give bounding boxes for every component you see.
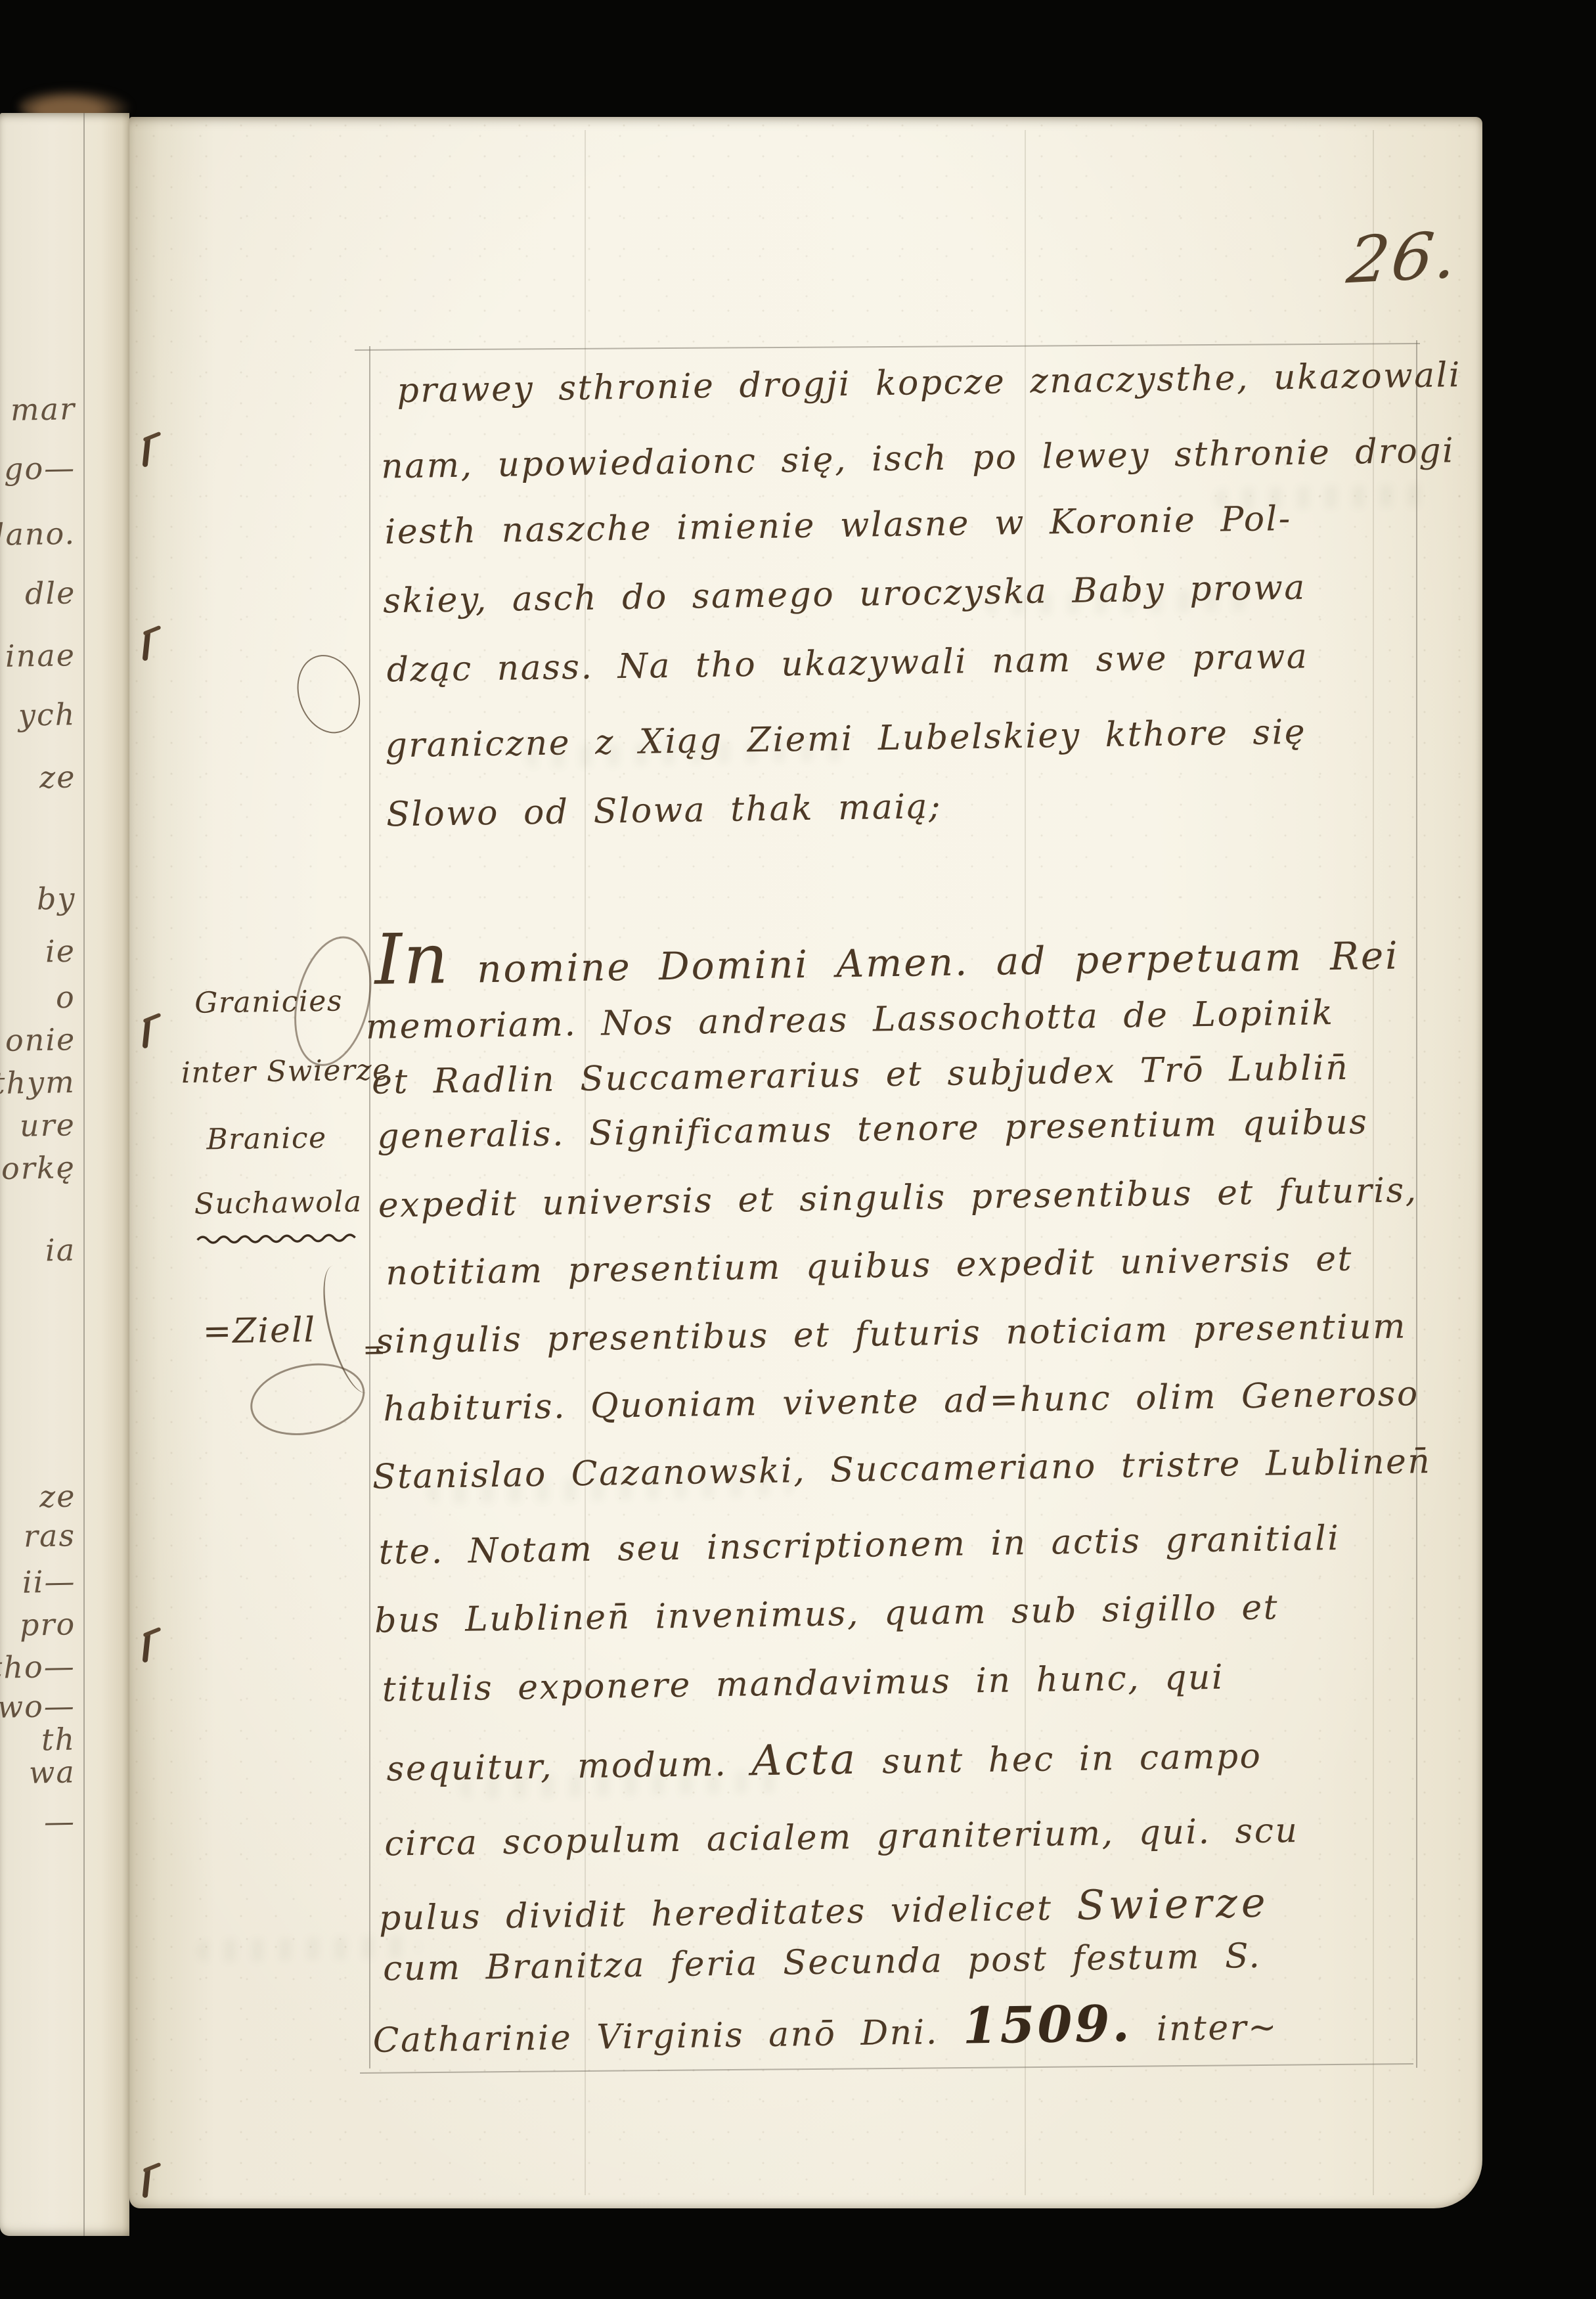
- page-edge-fragment: ras: [24, 1520, 76, 1551]
- manuscript-line: generalis. Significamus tenore presentiu…: [377, 1105, 1369, 1153]
- manuscript-line: cum Branitza feria Secunda post festum S…: [383, 1939, 1262, 1986]
- page-edge-fragment: dano.: [0, 518, 76, 550]
- page-edge-fragment: ie: [45, 936, 76, 967]
- page-edge-fragment: ze: [39, 762, 76, 793]
- suchawola-underline: [196, 1232, 364, 1245]
- manuscript-line: circa scopulum acialem graniterium, qui.…: [384, 1814, 1299, 1862]
- line-text: Catharinie Virginis anō Dni.: [372, 2013, 963, 2061]
- page-edge-fragment: ure: [20, 1109, 76, 1140]
- marginalia-line: Suchawola: [194, 1188, 363, 1219]
- manuscript-line: sequitur, modum. Acta sunt hec in campo: [386, 1733, 1262, 1788]
- line-text: sunt hec in campo: [858, 1737, 1262, 1782]
- page-edge-fragment: pro: [19, 1609, 76, 1640]
- pen-flourish: [287, 646, 370, 742]
- manuscript-line: Stanislao Cazanowski, Succameriano trist…: [372, 1444, 1432, 1494]
- page-edge-fragment: onie: [5, 1024, 76, 1056]
- manuscript-line: et Radlin Succamerarius et subjudex Trō …: [372, 1051, 1350, 1100]
- line-text: pulus dividit hereditates videlicet: [379, 1888, 1077, 1938]
- drop-cap: In: [374, 918, 450, 1000]
- page-edge-fragment: inae: [5, 640, 76, 671]
- manuscript-line: bus Lublinen̄ invenimus, quam sub sigill…: [374, 1590, 1279, 1638]
- manuscript-line: pulus dividit hereditates videlicet Swie…: [378, 1883, 1269, 1936]
- acta-word: Acta: [751, 1735, 858, 1785]
- page-edge-fragment: wa: [29, 1756, 76, 1787]
- page-edge-fragment: th: [41, 1724, 76, 1755]
- manuscript-line: titulis exponere mandavimus in hunc, qui: [382, 1661, 1224, 1707]
- manuscript-page: 26. prawey sthronie drogji kopcze znaczy…: [129, 117, 1482, 2208]
- manuscript-line: Catharinie Virginis anō Dni. 1509. inter…: [372, 1996, 1278, 2059]
- page-edge-fragment: ia: [45, 1235, 76, 1266]
- page-edge-fragment: orkę: [1, 1152, 76, 1184]
- page-edge-fragment: thym: [0, 1067, 76, 1098]
- pen-flourish: [282, 929, 384, 1074]
- page-edge-fragment: mar: [11, 393, 76, 425]
- margin-mark-ziell: =Ziell: [202, 1313, 316, 1349]
- manuscript-line: notitiam presentium quibus expedit unive…: [386, 1242, 1353, 1291]
- manuscript-line: In nomine Domini Amen. ad perpetuam Rei: [374, 927, 1400, 990]
- page-edge-fragment: o: [56, 982, 76, 1013]
- swierze-word: Swierze: [1076, 1879, 1270, 1929]
- manuscript-line: singulis presentibus et futuris noticiam…: [376, 1309, 1408, 1358]
- page-edge-fragment: ktho—: [0, 1651, 76, 1684]
- facing-page-edge: mar go— dano. dle inae ych ze by ie o on…: [0, 113, 129, 2236]
- manuscript-line: tte. Notam seu inscriptionem in actis gr…: [378, 1521, 1340, 1570]
- page-edge-fragment: ii—: [22, 1566, 76, 1597]
- manuscript-line: prawey sthronie drogji kopcze znaczysthe…: [397, 358, 1461, 408]
- manuscript-line: iesth naszche imienie wlasne w Koronie P…: [384, 502, 1292, 549]
- manuscript-line: nam, upowiedaionc się, isch po lewey sth…: [381, 434, 1455, 483]
- manuscript-line: Slowo od Slowa thak maią;: [386, 790, 942, 832]
- year-1509: 1509.: [962, 1994, 1132, 2055]
- handwriting-layer: prawey sthronie drogji kopcze znaczysthe…: [114, 107, 1497, 2218]
- page-edge-fragment: ych: [18, 699, 76, 730]
- page-edge-fragment: —: [44, 1806, 76, 1837]
- manuscript-line: habituris. Quoniam vivente ad=hunc olim …: [383, 1377, 1419, 1426]
- line-text: inter~: [1132, 2007, 1278, 2049]
- marginalia-line: inter Swierze: [181, 1056, 391, 1088]
- page-edge-fragment: dle: [24, 577, 76, 608]
- manuscript-line: dząc nass. Na tho ukazywali nam swe praw…: [386, 640, 1308, 688]
- page-edge-fragment: lwo—: [0, 1691, 76, 1722]
- page-edge-fragment: by: [36, 883, 76, 914]
- line-text: sequitur, modum.: [386, 1744, 752, 1789]
- page-edge-fragment: go—: [3, 453, 76, 484]
- margin-rule-line: [83, 113, 85, 2236]
- manuscript-line: graniczne z Xiąg Ziemi Lubelskiey kthore…: [385, 715, 1306, 763]
- manuscript-line: skiey, asch do samego uroczyska Baby pro…: [383, 571, 1306, 619]
- line-text: nomine Domini Amen. ad perpetuam Rei: [449, 933, 1400, 992]
- manuscript-scan: { "page_number": "26.", "marginalia": { …: [0, 0, 1596, 2299]
- manuscript-line: memoriam. Nos andreas Lassochotta de Lop…: [365, 996, 1334, 1044]
- marginalia-line: Branice: [206, 1124, 327, 1155]
- manuscript-line: expedit universis et singulis presentibu…: [378, 1173, 1418, 1222]
- page-edge-fragment: ze: [39, 1481, 76, 1512]
